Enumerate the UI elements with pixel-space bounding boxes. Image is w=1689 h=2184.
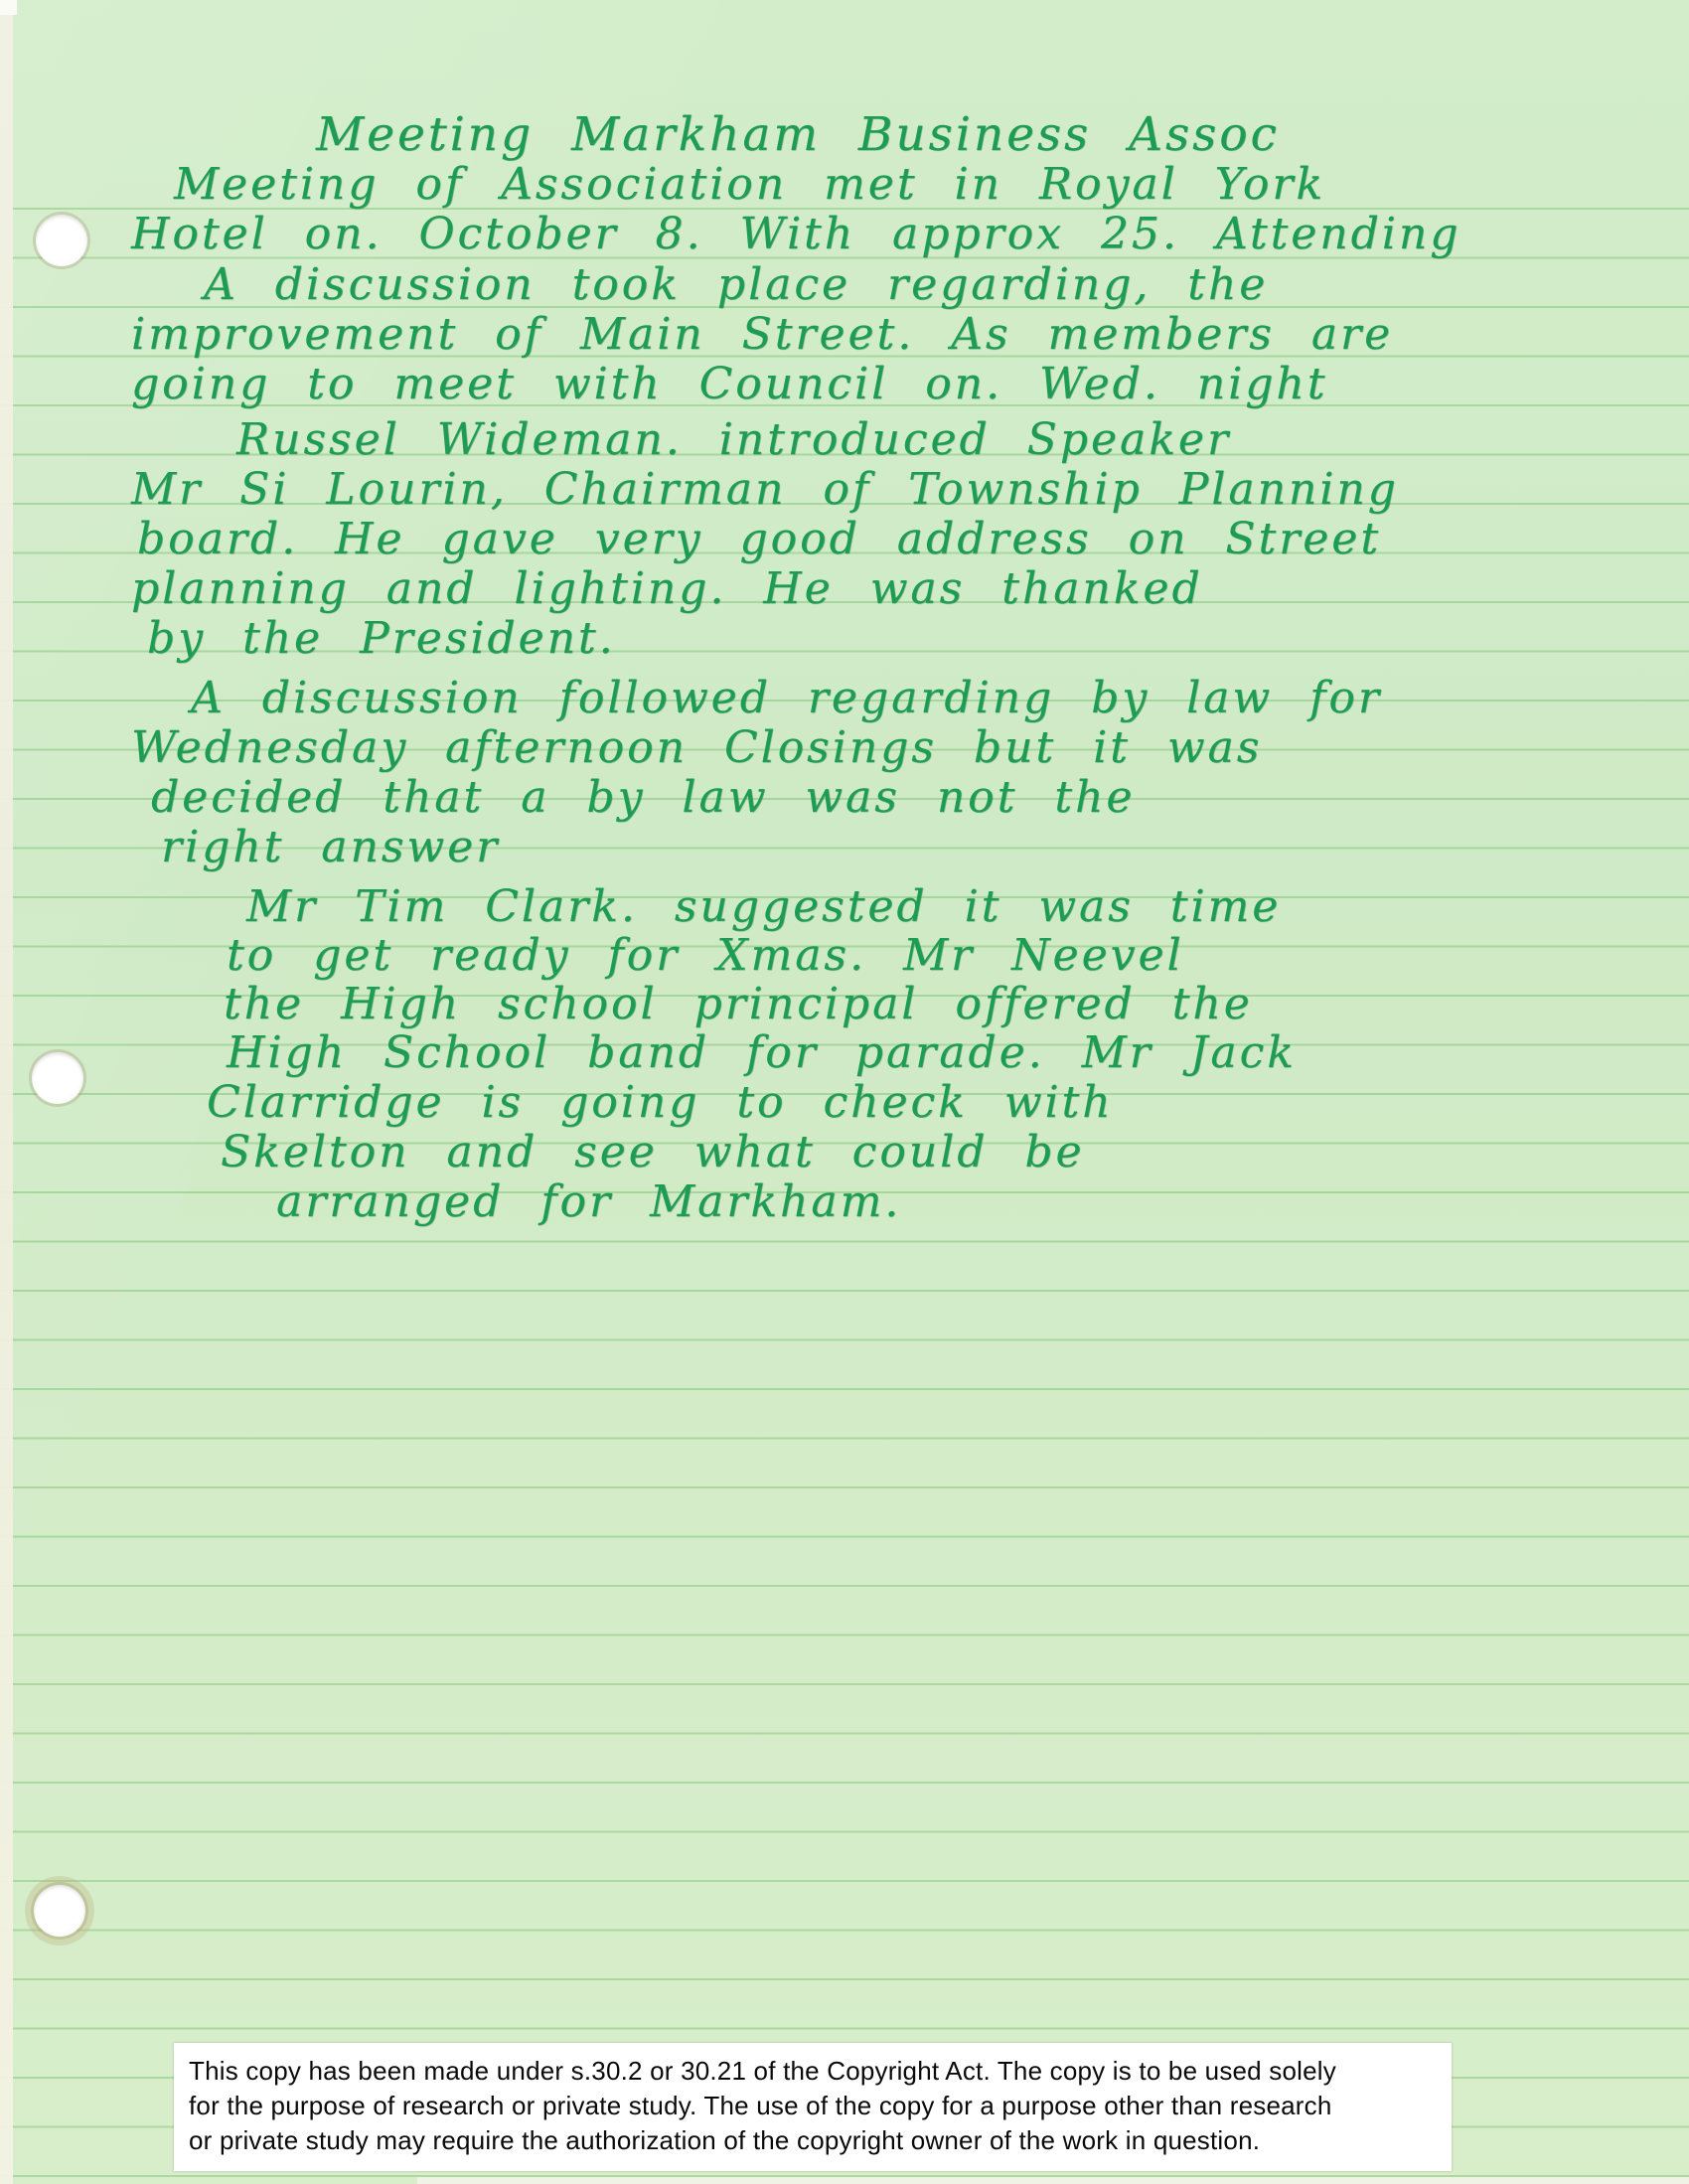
handwriting-line: going to meet with Council on. Wed. nigh… (131, 359, 1327, 409)
copyright-notice-line: for the purpose of research or private s… (189, 2089, 1437, 2123)
handwriting-line: Skelton and see what could be (221, 1127, 1085, 1177)
handwriting: Meeting Markham Business Assoc Meeting o… (0, 0, 1689, 2184)
handwriting-line: arranged for Markham. (276, 1176, 901, 1227)
handwriting-line: decided that a by law was not the (151, 772, 1135, 823)
handwriting-line: Mr Tim Clark. suggested it was time (246, 881, 1281, 932)
handwriting-line: Meeting of Association met in Royal York (174, 159, 1325, 210)
handwriting-line: Mr Si Lourin, Chairman of Township Plann… (131, 464, 1399, 515)
handwriting-line: board. He gave very good address on Stre… (137, 514, 1381, 564)
note-title: Meeting Markham Business Assoc (316, 107, 1280, 162)
handwriting-line: High School band for parade. Mr Jack (227, 1027, 1297, 1078)
scanned-notebook-page: Meeting Markham Business Assoc Meeting o… (0, 0, 1689, 2184)
handwriting-line: planning and lighting. He was thanked (131, 563, 1203, 614)
handwriting-line: Hotel on. October 8. With approx 25. Att… (131, 209, 1460, 259)
handwriting-line: Wednesday afternoon Closings but it was (131, 722, 1262, 773)
copyright-notice-line: This copy has been made under s.30.2 or … (189, 2054, 1437, 2089)
handwriting-line: Russel Wideman. introduced Speaker (236, 414, 1231, 465)
handwriting-line: to get ready for Xmas. Mr Neevel (227, 930, 1184, 981)
handwriting-line: A discussion followed regarding by law f… (191, 673, 1382, 723)
copyright-notice: This copy has been made under s.30.2 or … (174, 2043, 1452, 2171)
handwriting-line: A discussion took place regarding, the (204, 259, 1268, 310)
handwriting-line: Clarridge is going to check with (207, 1077, 1114, 1128)
handwriting-line: right answer (161, 822, 500, 872)
copyright-notice-line: or private study may require the authori… (189, 2123, 1437, 2158)
handwriting-line: improvement of Main Street. As members a… (131, 309, 1393, 360)
handwriting-line: the High school principal offered the (224, 979, 1253, 1029)
handwriting-line: by the President. (147, 613, 616, 664)
